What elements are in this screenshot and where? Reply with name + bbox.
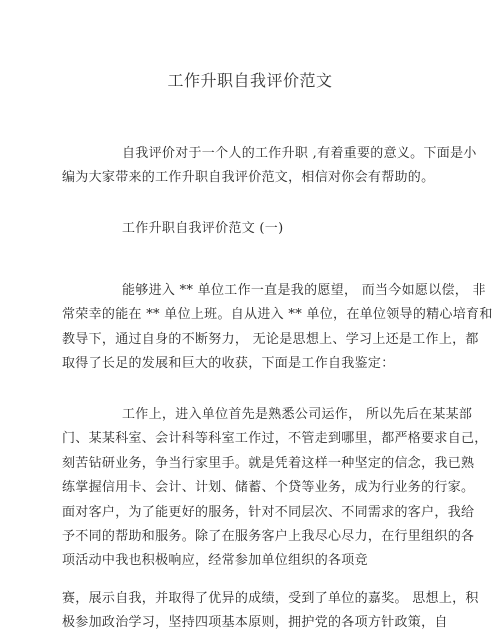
body-text-line: 常荣幸的能在 ** 单位上班。自从进入 ** 单位，在单位领导的精心培育和 (62, 303, 493, 322)
body-text-line: 教导下，通过自身的不断努力， 无论是思想上、学习上还是工作上，都 (62, 328, 479, 347)
body-text-line: 赛，展示自我，并取得了优异的成绩，受到了单位的嘉奖。 思想上，积 (62, 587, 479, 606)
body-text-line: 面对客户，为了能更好的服务，针对不同层次、不同需求的客户，我给 (62, 501, 474, 520)
body-text-line: 工作升职自我评价范文 (一) (122, 217, 283, 236)
body-text-line: 取得了长足的发展和巨大的收获，下面是工作自我鉴定： (62, 352, 395, 371)
body-text-line: 极参加政治学习，坚持四项基本原则，拥护党的各项方针政策，自 (62, 611, 448, 630)
body-text-line: 门、某某科室、会计科等科室工作过，不管走到哪里，都严格要求自己， (62, 427, 488, 446)
body-text-line: 自我评价对于一个人的工作升职 ,有着重要的意义。下面是小 (122, 142, 477, 161)
body-text-line: 予不同的帮助和服务。除了在服务客户上我尽心尽力，在行里组织的各 (62, 525, 474, 544)
body-text-line: 刻苦钻研业务，争当行家里手。就是凭着这样一种坚定的信念，我已熟 (62, 452, 474, 471)
body-text-line: 工作上，进入单位首先是熟悉公司运作， 所以先后在某某部 (122, 403, 472, 422)
body-text-line: 能够进入 ** 单位工作一直是我的愿望， 而当今如愿以偿， 非 (122, 279, 486, 298)
body-text-line: 编为大家带来的工作升职自我评价范文，相信对你会有帮助的。 (62, 166, 434, 185)
body-text-line: 练掌握信用卡、会计、计划、储蓄、个贷等业务，成为行业务的行家。 (62, 476, 474, 495)
document-title: 工作升职自我评价范文 (0, 68, 500, 91)
body-text-line: 项活动中我也积极响应，经常参加单位组织的各项竞 (62, 549, 368, 568)
